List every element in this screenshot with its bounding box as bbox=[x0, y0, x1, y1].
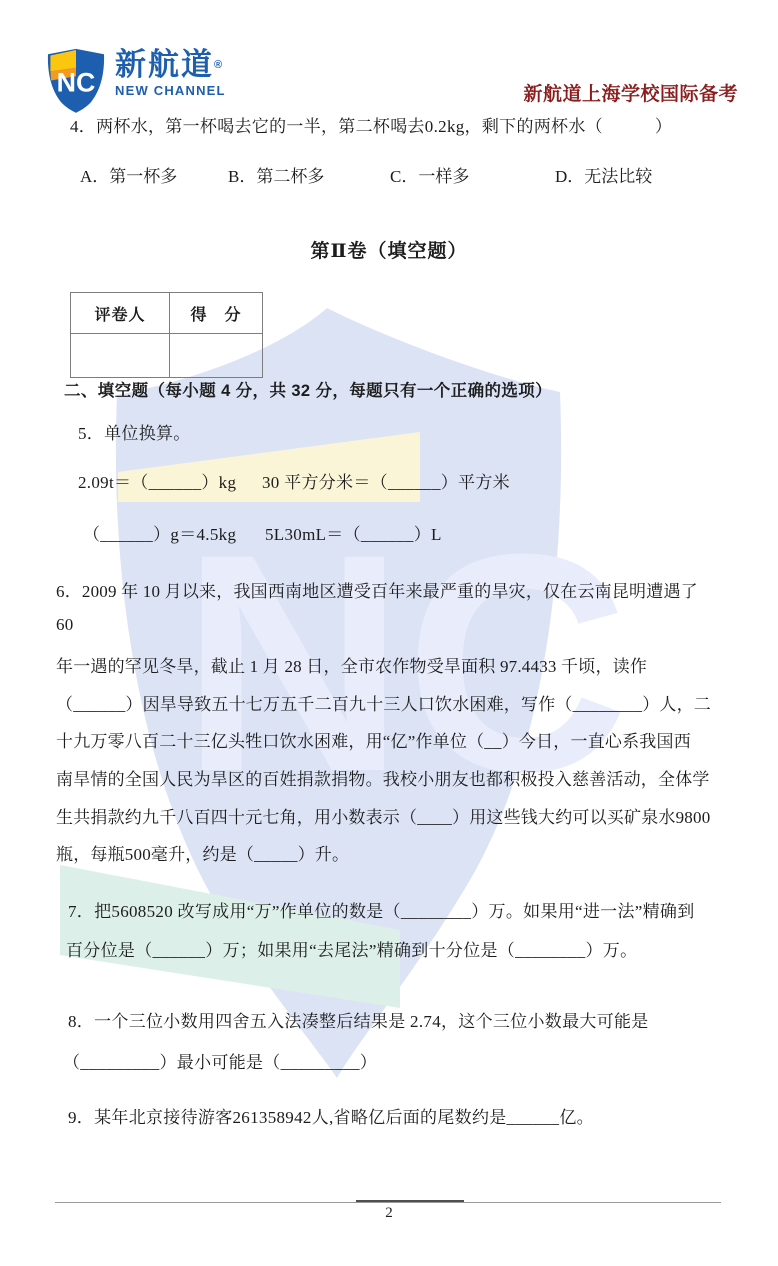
q4-option-b: B．第二杯多 bbox=[228, 162, 324, 187]
q5-conversion-2: 30 平方分米＝（______）平方米 bbox=[262, 468, 510, 493]
question-6-line: 南旱情的全国人民为旱区的百姓捐款捐物。我校小朋友也都积极投入慈善活动，全体学 bbox=[56, 765, 724, 803]
nc-shield-icon: NC bbox=[45, 47, 107, 114]
question-4-text: 4．两杯水，第一杯喝去它的一半，第二杯喝去0.2kg，剩下的两杯水（ ） bbox=[70, 112, 672, 137]
section-title: 第Ⅱ卷（填空题） bbox=[0, 236, 778, 263]
question-5-label: 5．单位换算。 bbox=[78, 419, 191, 444]
footer-rule bbox=[55, 1202, 721, 1203]
question-6-line: 瓶，每瓶500毫升，约是（_____）升。 bbox=[56, 840, 724, 878]
grading-table-header-score: 得 分 bbox=[170, 293, 263, 334]
grading-table-empty-cell bbox=[71, 334, 170, 378]
question-9-text: 9．某年北京接待游客261358942人,省略亿后面的尾数约是______亿。 bbox=[68, 1103, 594, 1128]
grading-table: 评卷人 得 分 bbox=[70, 292, 263, 378]
q5-conversion-4: 5L30mL＝（______）L bbox=[265, 520, 442, 545]
q4-option-d: D．无法比较 bbox=[555, 162, 652, 187]
question-6-line: 年一遇的罕见冬旱，截止 1 月 28 日，全市农作物受旱面积 97.4433 千… bbox=[56, 652, 724, 690]
question-6-line: 60 bbox=[56, 615, 724, 653]
header-title: 新航道上海学校国际备考 bbox=[523, 79, 738, 106]
question-6: 6．2009 年 10 月以来，我国西南地区遭受百年来最严重的旱灾，仅在云南昆明… bbox=[56, 577, 724, 878]
logo-monogram: NC bbox=[57, 67, 96, 97]
question-7-line: 百分位是（______）万；如果用“去尾法”精确到十分位是（________）万… bbox=[66, 936, 637, 961]
registered-mark: ® bbox=[214, 59, 224, 71]
question-6-line: 生共捐款约九千八百四十元七角，用小数表示（____）用这些钱大约可以买矿泉水98… bbox=[56, 803, 724, 841]
footer-rule-segment bbox=[356, 1200, 464, 1202]
q4-option-c: C．一样多 bbox=[390, 162, 469, 187]
q4-option-a: A．第一杯多 bbox=[80, 162, 177, 187]
question-6-line: （______）因旱导致五十七万五千二百九十三人口饮水困难，写作（_______… bbox=[56, 690, 724, 728]
section-instruction: 二、填空题（每小题 4 分，共 32 分，每题只有一个正确的选项） bbox=[64, 377, 552, 401]
question-6-line: 6．2009 年 10 月以来，我国西南地区遭受百年来最严重的旱灾，仅在云南昆明… bbox=[56, 577, 724, 615]
question-8-line: 8．一个三位小数用四舍五入法凑整后结果是 2.74，这个三位小数最大可能是 bbox=[68, 1007, 649, 1032]
page-number: 2 bbox=[0, 1205, 778, 1222]
grading-table-header-reviewer: 评卷人 bbox=[71, 293, 170, 334]
question-6-line: 十九万零八百二十三亿头牲口饮水困难，用“亿”作单位（__）今日，一直心系我国西 bbox=[56, 727, 724, 765]
logo-name-cn: 新航道 bbox=[115, 47, 214, 82]
logo-name-en: NEW CHANNEL bbox=[115, 83, 226, 98]
q5-conversion-1: 2.09t＝（______）kg bbox=[78, 468, 236, 493]
q5-conversion-3: （______）g＝4.5kg bbox=[83, 520, 236, 545]
logo: NC 新航道® NEW CHANNEL bbox=[45, 47, 226, 114]
question-7-line: 7．把5608520 改写成用“万”作单位的数是（________）万。如果用“… bbox=[68, 897, 695, 922]
question-8-line: （_________）最小可能是（_________） bbox=[63, 1048, 377, 1073]
grading-table-empty-cell bbox=[170, 334, 263, 378]
exam-page: NC NC 新航道® NEW CHANNEL 新航道上海学校国际备考 4．两杯水… bbox=[0, 0, 778, 1266]
